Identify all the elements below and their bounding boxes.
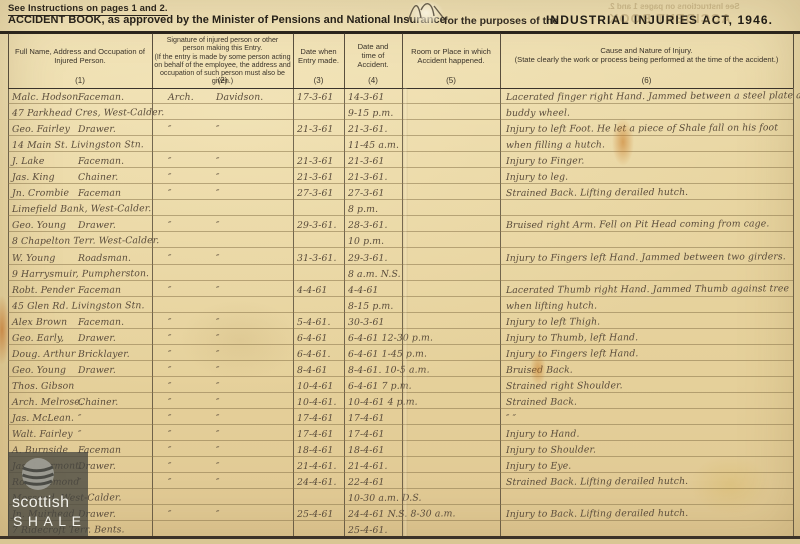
ink-scribble	[404, 0, 450, 28]
cell-signature-last: Davidson.	[216, 92, 263, 103]
cell-accident-date: 8-4-61. 10-5 a.m.	[348, 364, 430, 375]
column-divider	[402, 33, 403, 88]
cell-name-address: Jn. Crombie	[12, 188, 69, 199]
cell-entry-date: 21-3-61	[297, 172, 334, 183]
header-col-name: Full Name, Address and Occupation of Inj…	[8, 33, 152, 88]
watermark-line2: SHALE	[13, 513, 86, 529]
table-row: 14 Main St. Livingston Stn. 11-45 a.m. w…	[0, 136, 800, 152]
cell-accident-date: 9-15 p.m.	[348, 108, 393, 119]
cell-cause: Strained Back.	[506, 397, 577, 408]
cell-signature-last: ″	[216, 381, 220, 392]
cell-signature-last: ″	[216, 317, 220, 328]
cell-signature-first: ″	[168, 381, 172, 392]
globe-icon	[16, 454, 60, 496]
cell-name-address: Jas. McLean.	[12, 413, 74, 424]
cell-entry-date: 6-4-61.	[297, 349, 331, 360]
cell-accident-date: 10 p.m.	[348, 236, 384, 247]
cell-cause: Injury to Back. Lifting derailed hutch.	[506, 508, 688, 520]
cell-cause: Injury to Finger.	[506, 156, 584, 167]
cell-accident-date: 30-3-61	[348, 316, 385, 327]
cell-cause: Bruised Back.	[506, 364, 573, 375]
cell-signature-first: ″	[168, 477, 172, 488]
table-row: Geo. Early, Drawer. ″ ″ 6-4-61 6-4-61 12…	[0, 329, 800, 345]
cell-entry-date: 10-4-61	[297, 381, 334, 392]
header-col-accident-date: Date and time of Accident. (4)	[344, 33, 402, 88]
cell-signature-first: ″	[168, 509, 172, 520]
cell-signature-first: ″	[168, 285, 172, 296]
cell-name-address: Alex Brown	[12, 316, 67, 327]
column-divider	[344, 33, 345, 88]
cell-signature-first: ″	[168, 349, 172, 360]
table-row: Walt. Fairley ″ ″ ″ 17-4-61 17-4-61 Inju…	[0, 425, 800, 441]
header-col-place: Room or Place in which Accident happened…	[402, 33, 500, 88]
cell-entry-date: 18-4-61	[297, 445, 334, 456]
cell-cause: when lifting hutch.	[506, 300, 597, 312]
cell-signature-last: ″	[216, 429, 220, 440]
cell-name-address: Jas. King	[12, 172, 55, 183]
page-title-middle: for the purposes of the	[444, 15, 558, 27]
cell-signature-last: ″	[216, 477, 220, 488]
cell-signature-last: ″	[216, 285, 220, 296]
cell-occupation: Faceman.	[78, 316, 124, 327]
cell-entry-date: 25-4-61	[297, 509, 334, 520]
cell-accident-date: 17-4-61	[348, 429, 385, 440]
cell-entry-date: 4-4-61	[297, 284, 328, 295]
cell-accident-date: 21-4-61.	[348, 461, 388, 472]
cell-signature-first: ″	[168, 365, 172, 376]
cell-accident-date: 4-4-61	[348, 284, 379, 295]
cell-accident-date: 25-4-61.	[348, 525, 388, 536]
cell-entry-date: 5-4-61.	[297, 316, 331, 327]
table-row: Jn. Crombie Faceman ″ ″ 27-3-61 27-3-61 …	[0, 184, 800, 200]
column-divider	[500, 33, 501, 88]
cell-accident-date: 21-3-61.	[348, 172, 388, 183]
cell-name-address: 47 Parkhead Cres, West-Calder.	[12, 107, 164, 119]
cell-cause: Injury to Thumb, left Hand.	[506, 332, 638, 344]
cell-cause: Injury to Fingers left Hand.	[506, 348, 639, 360]
cell-signature-first: ″	[168, 252, 172, 263]
cell-name-address: J. Lake	[12, 156, 45, 167]
cell-cause: Injury to Eye.	[506, 461, 571, 472]
cell-name-address: Robt. Pender	[12, 284, 75, 295]
table-row: Robt. Lamond ″ ″ ″ 24-4-61. 22-4-61 Stra…	[0, 473, 800, 489]
cell-signature-last: ″	[216, 445, 220, 456]
cell-occupation: Bricklayer.	[78, 348, 130, 359]
cell-entry-date: 24-4-61.	[297, 477, 337, 488]
cell-occupation: Faceman	[78, 188, 121, 199]
cell-occupation: Roadsman.	[78, 252, 131, 263]
cell-entry-date: 31-3-61.	[297, 252, 337, 263]
cell-name-address: Geo. Young	[12, 365, 66, 376]
cell-name-address: 14 Main St. Livingston Stn.	[12, 139, 144, 151]
table-row: 9 Harrysmuir, Pumpherston. 8 a.m. N.S.	[0, 265, 800, 281]
cell-accident-date: 14-3-61	[348, 92, 385, 103]
header-col-cause: Cause and Nature of Injury. (State clear…	[500, 33, 793, 88]
cell-entry-date: 17-4-61	[297, 429, 334, 440]
cell-signature-last: ″	[216, 124, 220, 135]
table-row: J. Lake Faceman. ″ ″ 21-3-61 21-3-61 Inj…	[0, 152, 800, 168]
cell-name-address: 9 Harrysmuir, Pumpherston.	[12, 268, 149, 280]
table-row: Geo. Young Drawer. ″ ″ 8-4-61 8-4-61. 10…	[0, 361, 800, 377]
cell-cause: Injury to Shoulder.	[506, 445, 596, 457]
table-row: 7 Ridecroft Terr. Bents. 25-4-61.	[0, 521, 800, 537]
cell-name-address: Thos. Gibson	[12, 381, 74, 392]
cell-signature-first: ″	[168, 333, 172, 344]
table-row: Geo. Young Drawer. ″ ″ 29-3-61. 28-3-61.…	[0, 216, 800, 232]
page-bottom-paper	[0, 539, 800, 544]
cell-occupation: Chainer.	[78, 397, 118, 408]
cell-name-address: Arch. Melrose.	[12, 397, 83, 408]
accident-book-page: See Instructions on pages 1 and 2. ACCID…	[0, 0, 800, 544]
cell-name-address: Geo. Early,	[12, 332, 64, 343]
cell-occupation: Drawer.	[78, 220, 116, 231]
cell-accident-date: 6-4-61 1-45 p.m.	[348, 348, 427, 359]
cell-accident-date: 21-3-61.	[348, 124, 388, 135]
table-row: Jas. Learmont. Drawer. ″ ″ 21-4-61. 21-4…	[0, 457, 800, 473]
cell-accident-date: 29-3-61.	[348, 252, 388, 263]
cell-accident-date: 17-4-61	[348, 413, 385, 424]
table-row: Jas. King Chainer. ″ ″ 21-3-61 21-3-61. …	[0, 168, 800, 184]
cell-entry-date: 10-4-61.	[297, 397, 337, 408]
cell-name-address: Geo. Fairley	[12, 124, 70, 135]
page-title: ACCIDENT BOOK, as approved by the Minist…	[8, 14, 446, 26]
cell-signature-last: ″	[216, 397, 220, 408]
cell-accident-date: 11-45 a.m.	[348, 140, 399, 151]
cell-signature-first: ″	[168, 156, 172, 167]
table-row: Jn. Muirhead Drawer. ″ ″ 25-4-61 24-4-61…	[0, 505, 800, 521]
cell-cause: Injury to Hand.	[506, 429, 580, 440]
cell-cause: when filling a hutch.	[506, 140, 605, 152]
cell-signature-first: Arch.	[168, 92, 194, 103]
cell-entry-date: 17-3-61	[297, 92, 334, 103]
cell-name-address: Geo. Young	[12, 220, 66, 231]
table-row: Jas. McLean. ″ ″ ″ 17-4-61 17-4-61 ″ ″	[0, 409, 800, 425]
table-row: Thos. Gibson ″ ″ 10-4-61 6-4-61 7 p.m. S…	[0, 377, 800, 393]
cell-cause: ″ ″	[506, 413, 516, 424]
cell-name-address: Limefield Bank, West-Calder.	[12, 204, 151, 216]
cell-name-address: Walt. Fairley	[12, 429, 73, 440]
table-row: W. Young Roadsman. ″ ″ 31-3-61. 29-3-61.…	[0, 248, 800, 264]
cell-signature-first: ″	[168, 124, 172, 135]
cell-occupation: ″	[78, 413, 82, 424]
cell-signature-first: ″	[168, 188, 172, 199]
cell-occupation: Chainer.	[78, 172, 118, 183]
cell-signature-last: ″	[216, 509, 220, 520]
show-through-small: See Instructions on pages 1 and 2.	[608, 2, 798, 11]
cell-accident-date: 28-3-61.	[348, 220, 388, 231]
cell-entry-date: 6-4-61	[297, 333, 328, 344]
cell-name-address: 8 Chapelton Terr. West-Calder.	[12, 236, 159, 248]
table-row: Mossend, West-Calder. 10-30 a.m. D.S.	[0, 489, 800, 505]
cell-occupation: Drawer.	[78, 124, 116, 135]
cell-signature-last: ″	[216, 156, 220, 167]
table-row: Malc. Hodson Faceman. Arch. Davidson. 17…	[0, 88, 800, 104]
header-col-entry-date: Date when Entry made. (3)	[293, 33, 344, 88]
cell-accident-date: 10-30 a.m. D.S.	[348, 493, 422, 504]
cell-cause: Strained right Shoulder.	[506, 380, 623, 392]
cell-cause: Lacerated finger right Hand. Jammed betw…	[506, 90, 800, 103]
table-row: Alex Brown Faceman. ″ ″ 5-4-61. 30-3-61 …	[0, 313, 800, 329]
cell-accident-date: 8-15 p.m.	[348, 300, 393, 311]
cell-entry-date: 17-4-61	[297, 413, 334, 424]
cell-accident-date: 6-4-61 12-30 p.m.	[348, 332, 433, 344]
scottish-shale-watermark: scottish SHALE	[8, 452, 88, 538]
cell-signature-last: ″	[216, 461, 220, 472]
cell-signature-first: ″	[168, 429, 172, 440]
cell-cause: Injury to left Thigh.	[506, 316, 600, 328]
cell-cause: buddy wheel.	[506, 108, 570, 119]
cell-signature-first: ″	[168, 172, 172, 183]
column-divider	[152, 33, 153, 88]
cell-accident-date: 8 p.m.	[348, 204, 378, 215]
table-row: Doug. Arthur Bricklayer. ″ ″ 6-4-61. 6-4…	[0, 345, 800, 361]
cell-signature-last: ″	[216, 365, 220, 376]
page-crease	[402, 88, 408, 537]
cell-cause: Strained Back. Lifting derailed hutch.	[506, 187, 688, 199]
cell-entry-date: 21-3-61	[297, 156, 334, 167]
cell-cause: Injury to leg.	[506, 172, 568, 183]
cell-accident-date: 21-3-61	[348, 156, 385, 167]
cell-signature-last: ″	[216, 188, 220, 199]
cell-signature-first: ″	[168, 413, 172, 424]
cell-signature-last: ″	[216, 220, 220, 231]
cell-occupation: Drawer.	[78, 333, 116, 344]
table-row: A. Burnside Faceman ″ ″ 18-4-61 18-4-61 …	[0, 441, 800, 457]
cell-entry-date: 29-3-61.	[297, 220, 337, 231]
cell-signature-first: ″	[168, 220, 172, 231]
cell-accident-date: 18-4-61	[348, 445, 385, 456]
table-row: Limefield Bank, West-Calder. 8 p.m.	[0, 200, 800, 216]
cell-signature-first: ″	[168, 445, 172, 456]
column-divider	[293, 33, 294, 88]
cell-entry-date: 27-3-61	[297, 188, 334, 199]
cell-name-address: Doug. Arthur	[12, 348, 75, 359]
table-body: Malc. Hodson Faceman. Arch. Davidson. 17…	[0, 88, 800, 537]
cell-accident-date: 8 a.m. N.S.	[348, 268, 401, 279]
cell-cause: Injury to left Foot. He let a piece of S…	[506, 122, 778, 135]
cell-signature-first: ″	[168, 397, 172, 408]
cell-occupation: Drawer.	[78, 365, 116, 376]
cell-occupation: Faceman.	[78, 92, 124, 103]
watermark-line1: scottish	[12, 494, 69, 512]
cell-occupation: Faceman	[78, 284, 121, 295]
cell-entry-date: 21-3-61	[297, 124, 334, 135]
table-row: 45 Glen Rd. Livingston Stn. 8-15 p.m. wh…	[0, 297, 800, 313]
show-through-text: See Instructions on pages 1 and 2. ACCID…	[608, 2, 798, 26]
cell-cause: Strained Back. Lifting derailed hutch.	[506, 476, 688, 488]
table-border	[8, 33, 9, 88]
table-row: 47 Parkhead Cres, West-Calder. 9-15 p.m.…	[0, 104, 800, 120]
cell-occupation: ″	[78, 429, 82, 440]
cell-cause: Injury to Fingers left Hand. Jammed betw…	[506, 251, 786, 264]
table-row: Geo. Fairley Drawer. ″ ″ 21-3-61 21-3-61…	[0, 120, 800, 136]
cell-accident-date: 27-3-61	[348, 188, 385, 199]
cell-signature-last: ″	[216, 413, 220, 424]
cell-signature-first: ″	[168, 317, 172, 328]
cell-accident-date: 22-4-61	[348, 477, 385, 488]
table-row: Arch. Melrose. Chainer. ″ ″ 10-4-61. 10-…	[0, 393, 800, 409]
cell-name-address: 45 Glen Rd. Livingston Stn.	[12, 300, 145, 312]
cell-signature-first: ″	[168, 461, 172, 472]
cell-cause: Lacerated Thumb right Hand. Jammed Thumb…	[506, 283, 789, 296]
show-through-large: ACCIDENT BOOK	[608, 11, 798, 26]
cell-entry-date: 21-4-61.	[297, 461, 337, 472]
cell-signature-last: ″	[216, 349, 220, 360]
table-row: 8 Chapelton Terr. West-Calder. 10 p.m.	[0, 232, 800, 248]
cell-signature-last: ″	[216, 252, 220, 263]
table-border	[793, 33, 794, 88]
cell-occupation: Faceman.	[78, 156, 124, 167]
cell-signature-last: ″	[216, 172, 220, 183]
cell-cause: Bruised right Arm. Fell on Pit Head comi…	[506, 219, 769, 232]
cell-signature-last: ″	[216, 333, 220, 344]
header-col-signature: Signature of injured person or other per…	[152, 33, 293, 88]
cell-entry-date: 8-4-61	[297, 365, 328, 376]
cell-name-address: W. Young	[12, 252, 56, 263]
table-row: Robt. Pender Faceman ″ ″ 4-4-61 4-4-61 L…	[0, 281, 800, 297]
cell-name-address: Malc. Hodson	[12, 92, 78, 103]
